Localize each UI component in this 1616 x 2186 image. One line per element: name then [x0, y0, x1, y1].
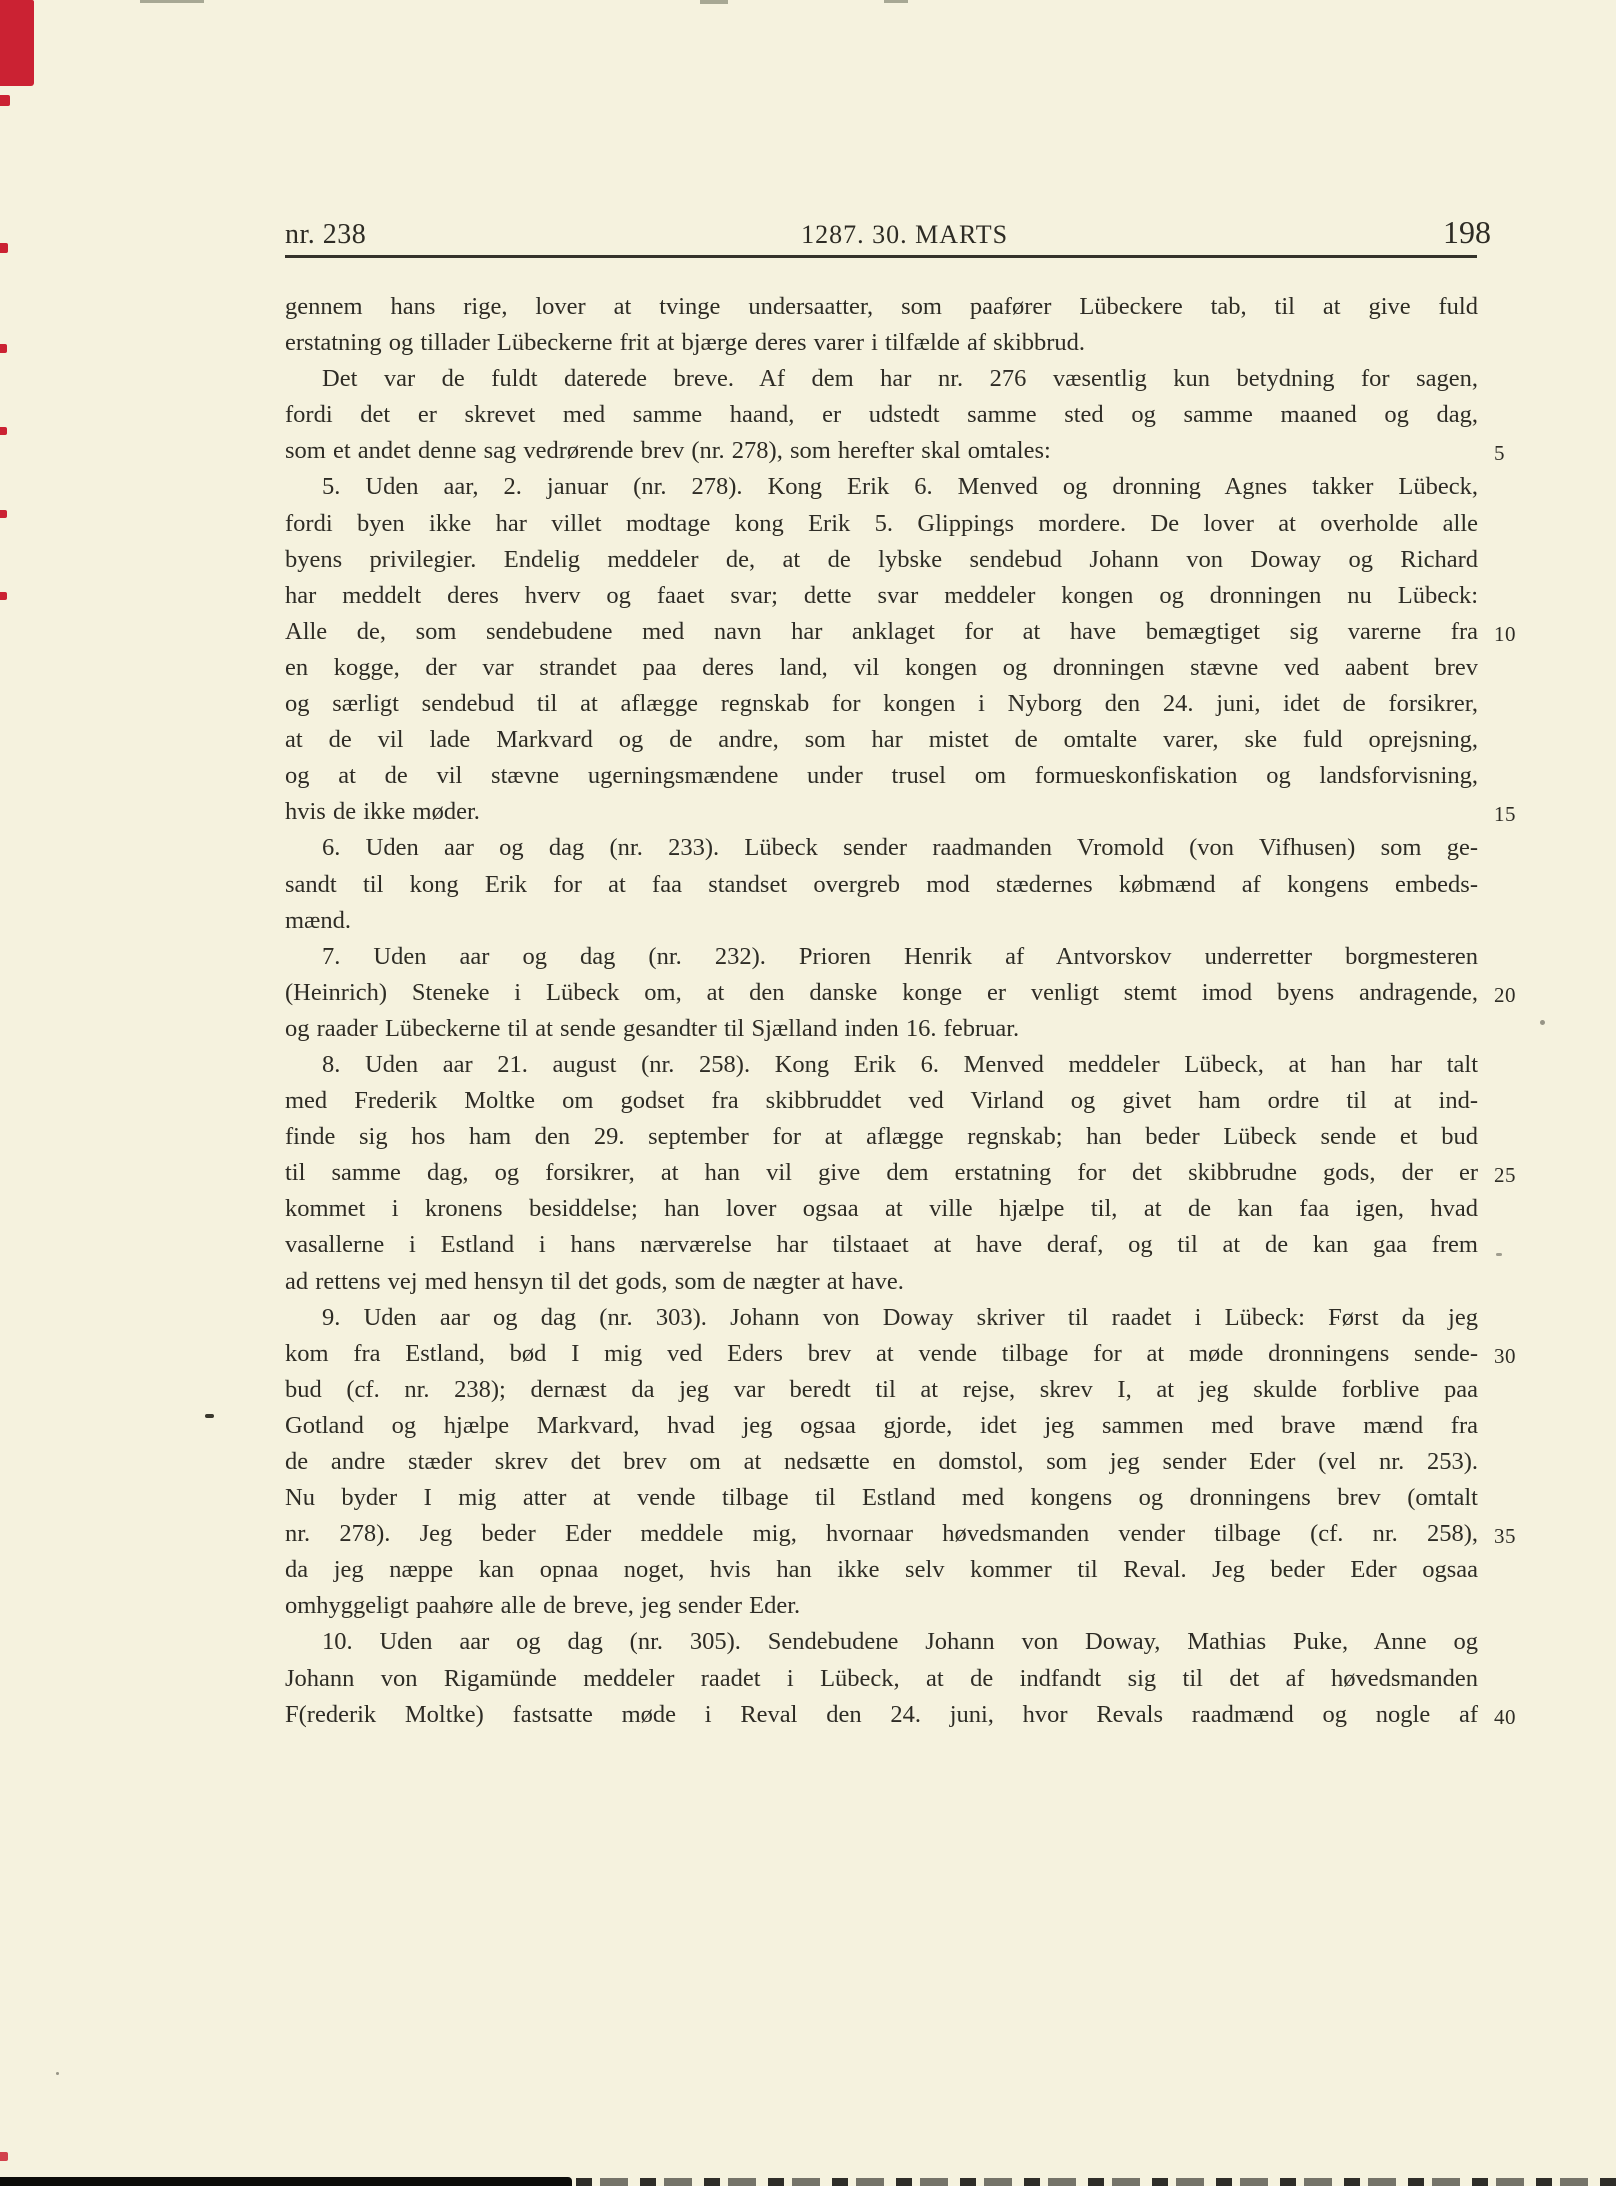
red-edge-mark: [0, 427, 7, 435]
text-line: hvis de ikke møder.15: [285, 794, 1478, 830]
text-line: omhyggeligt paahøre alle de breve, jeg s…: [285, 1588, 1478, 1624]
text-line-content: at de vil lade Markvard og de andre, som…: [285, 726, 1478, 753]
red-edge-mark: [0, 2152, 8, 2161]
text-line-content: 7. Uden aar og dag (nr. 232). Prioren He…: [322, 943, 1478, 970]
text-line: 6. Uden aar og dag (nr. 233). Lübeck sen…: [285, 830, 1478, 866]
text-line: sandt til kong Erik for at faa standset …: [285, 867, 1478, 903]
text-line-content: 9. Uden aar og dag (nr. 303). Johann von…: [322, 1304, 1478, 1331]
text-line: de andre stæder skrev det brev om at ned…: [285, 1444, 1478, 1480]
text-line-content: nr. 278). Jeg beder Eder meddele mig, hv…: [285, 1520, 1478, 1547]
text-line-content: de andre stæder skrev det brev om at ned…: [285, 1448, 1478, 1475]
text-line: og at de vil stævne ugerningsmændene und…: [285, 758, 1478, 794]
header-entry-number: nr. 238: [285, 219, 366, 251]
text-line-content: mænd.: [285, 907, 351, 934]
red-edge-mark: [0, 510, 7, 518]
header-rule: [285, 255, 1477, 258]
text-line: til samme dag, og forsikrer, at han vil …: [285, 1155, 1478, 1191]
text-line-content: erstatning og tillader Lübeckerne frit a…: [285, 329, 1085, 356]
text-line-content: Gotland og hjælpe Markvard, hvad jeg ogs…: [285, 1412, 1478, 1439]
text-line: med Frederik Moltke om godset fra skibbr…: [285, 1083, 1478, 1119]
text-line: kommet i kronens besiddelse; han lover o…: [285, 1191, 1478, 1227]
text-line-content: gennem hans rige, lover at tvinge unders…: [285, 293, 1478, 320]
text-line: kom fra Estland, bød I mig ved Eders bre…: [285, 1336, 1478, 1372]
text-line-content: fordi byen ikke har villet modtage kong …: [285, 510, 1478, 537]
red-edge-mark: [0, 344, 7, 353]
text-line-content: byens privilegier. Endelig meddeler de, …: [285, 546, 1478, 573]
text-line: byens privilegier. Endelig meddeler de, …: [285, 542, 1478, 578]
scan-speck: [1540, 1020, 1545, 1025]
scan-bottom-edge-solid: [0, 2177, 572, 2186]
text-line: ad rettens vej med hensyn til det gods, …: [285, 1264, 1478, 1300]
page-header: nr. 238 1287. 30. MARTS 198: [285, 214, 1478, 251]
text-line: Nu byder I mig atter at vende tilbage ti…: [285, 1480, 1478, 1516]
margin-line-number: 20: [1494, 977, 1516, 1013]
text-line: 5. Uden aar, 2. januar (nr. 278). Kong E…: [285, 469, 1478, 505]
scan-speck: [56, 2072, 59, 2075]
scanned-page: nr. 238 1287. 30. MARTS 198 gennem hans …: [0, 0, 1616, 2186]
text-line: 9. Uden aar og dag (nr. 303). Johann von…: [285, 1300, 1478, 1336]
text-line-content: sandt til kong Erik for at faa standset …: [285, 871, 1478, 898]
text-line-content: hvis de ikke møder.: [285, 798, 480, 825]
scan-edge-nick: [884, 0, 908, 3]
scan-edge-nick: [700, 0, 728, 4]
text-line: gennem hans rige, lover at tvinge unders…: [285, 289, 1478, 325]
red-registration-mark: [0, 0, 34, 86]
header-date-title: 1287. 30. MARTS: [366, 220, 1443, 250]
header-page-number: 198: [1443, 214, 1491, 251]
margin-line-number: 30: [1494, 1338, 1516, 1374]
text-line: som et andet denne sag vedrørende brev (…: [285, 433, 1478, 469]
text-line-content: til samme dag, og forsikrer, at han vil …: [285, 1159, 1478, 1186]
text-line-content: har meddelt deres hverv og faaet svar; d…: [285, 582, 1478, 609]
text-line: erstatning og tillader Lübeckerne frit a…: [285, 325, 1478, 361]
text-line-content: 5. Uden aar, 2. januar (nr. 278). Kong E…: [322, 473, 1478, 500]
text-line: (Heinrich) Steneke i Lübeck om, at den d…: [285, 975, 1478, 1011]
margin-line-number: 25: [1494, 1157, 1516, 1193]
text-line: nr. 278). Jeg beder Eder meddele mig, hv…: [285, 1516, 1478, 1552]
text-line-content: (Heinrich) Steneke i Lübeck om, at den d…: [285, 979, 1478, 1006]
margin-line-number: 10: [1494, 616, 1516, 652]
text-line: 8. Uden aar 21. august (nr. 258). Kong E…: [285, 1047, 1478, 1083]
text-line: har meddelt deres hverv og faaet svar; d…: [285, 578, 1478, 614]
text-line: vasallerne i Estland i hans nærværelse h…: [285, 1227, 1478, 1263]
text-line: finde sig hos ham den 29. september for …: [285, 1119, 1478, 1155]
text-line: mænd.: [285, 903, 1478, 939]
text-line-content: F(rederik Moltke) fastsatte møde i Reval…: [285, 1701, 1478, 1728]
text-line: F(rederik Moltke) fastsatte møde i Reval…: [285, 1697, 1478, 1733]
text-line-content: Johann von Rigamünde meddeler raadet i L…: [285, 1665, 1478, 1692]
text-line-content: kom fra Estland, bød I mig ved Eders bre…: [285, 1340, 1478, 1367]
text-line: bud (cf. nr. 238); dernæst da jeg var be…: [285, 1372, 1478, 1408]
text-line-content: omhyggeligt paahøre alle de breve, jeg s…: [285, 1592, 800, 1619]
red-edge-mark: [0, 592, 7, 600]
text-line: og raader Lübeckerne til at sende gesand…: [285, 1011, 1478, 1047]
text-line-content: fordi det er skrevet med samme haand, er…: [285, 401, 1478, 428]
text-line-content: og raader Lübeckerne til at sende gesand…: [285, 1015, 1019, 1042]
text-line-content: 8. Uden aar 21. august (nr. 258). Kong E…: [322, 1051, 1478, 1078]
text-line: da jeg næppe kan opnaa noget, hvis han i…: [285, 1552, 1478, 1588]
text-line-content: Det var de fuldt daterede breve. Af dem …: [322, 365, 1478, 392]
text-line-content: Nu byder I mig atter at vende tilbage ti…: [285, 1484, 1478, 1511]
document-body: gennem hans rige, lover at tvinge unders…: [285, 289, 1478, 1733]
text-line-content: ad rettens vej med hensyn til det gods, …: [285, 1268, 904, 1295]
text-line: at de vil lade Markvard og de andre, som…: [285, 722, 1478, 758]
scan-speck: [205, 1414, 214, 1418]
margin-line-number: 35: [1494, 1518, 1516, 1554]
red-edge-mark: [0, 95, 10, 106]
text-line-content: med Frederik Moltke om godset fra skibbr…: [285, 1087, 1478, 1114]
text-line: en kogge, der var strandet paa deres lan…: [285, 650, 1478, 686]
text-line-content: kommet i kronens besiddelse; han lover o…: [285, 1195, 1478, 1222]
text-line-content: 10. Uden aar og dag (nr. 305). Sendebude…: [322, 1628, 1478, 1655]
text-line-content: vasallerne i Estland i hans nærværelse h…: [285, 1231, 1478, 1258]
text-line: fordi byen ikke har villet modtage kong …: [285, 506, 1478, 542]
scan-edge-nick: [140, 0, 204, 3]
text-line: og særligt sendebud til at aflægge regns…: [285, 686, 1478, 722]
margin-line-number: 15: [1494, 796, 1516, 832]
text-line: fordi det er skrevet med samme haand, er…: [285, 397, 1478, 433]
text-line: 10. Uden aar og dag (nr. 305). Sendebude…: [285, 1624, 1478, 1660]
text-line-content: 6. Uden aar og dag (nr. 233). Lübeck sen…: [322, 834, 1478, 861]
red-edge-mark: [0, 243, 8, 253]
text-line: Johann von Rigamünde meddeler raadet i L…: [285, 1661, 1478, 1697]
text-line-content: da jeg næppe kan opnaa noget, hvis han i…: [285, 1556, 1478, 1583]
text-line-content: bud (cf. nr. 238); dernæst da jeg var be…: [285, 1376, 1478, 1403]
margin-line-number: 40: [1494, 1699, 1516, 1735]
text-line-content: en kogge, der var strandet paa deres lan…: [285, 654, 1478, 681]
text-line-content: og særligt sendebud til at aflægge regns…: [285, 690, 1478, 717]
text-line-content: som et andet denne sag vedrørende brev (…: [285, 437, 1051, 464]
text-line: Gotland og hjælpe Markvard, hvad jeg ogs…: [285, 1408, 1478, 1444]
text-line: Det var de fuldt daterede breve. Af dem …: [285, 361, 1478, 397]
text-line-content: og at de vil stævne ugerningsmændene und…: [285, 762, 1478, 789]
text-line: 7. Uden aar og dag (nr. 232). Prioren He…: [285, 939, 1478, 975]
scan-speck: [1496, 1253, 1502, 1256]
text-line-content: Alle de, som sendebudene med navn har an…: [285, 618, 1478, 645]
margin-line-number: 5: [1494, 435, 1505, 471]
text-line-content: finde sig hos ham den 29. september for …: [285, 1123, 1478, 1150]
text-line: Alle de, som sendebudene med navn har an…: [285, 614, 1478, 650]
